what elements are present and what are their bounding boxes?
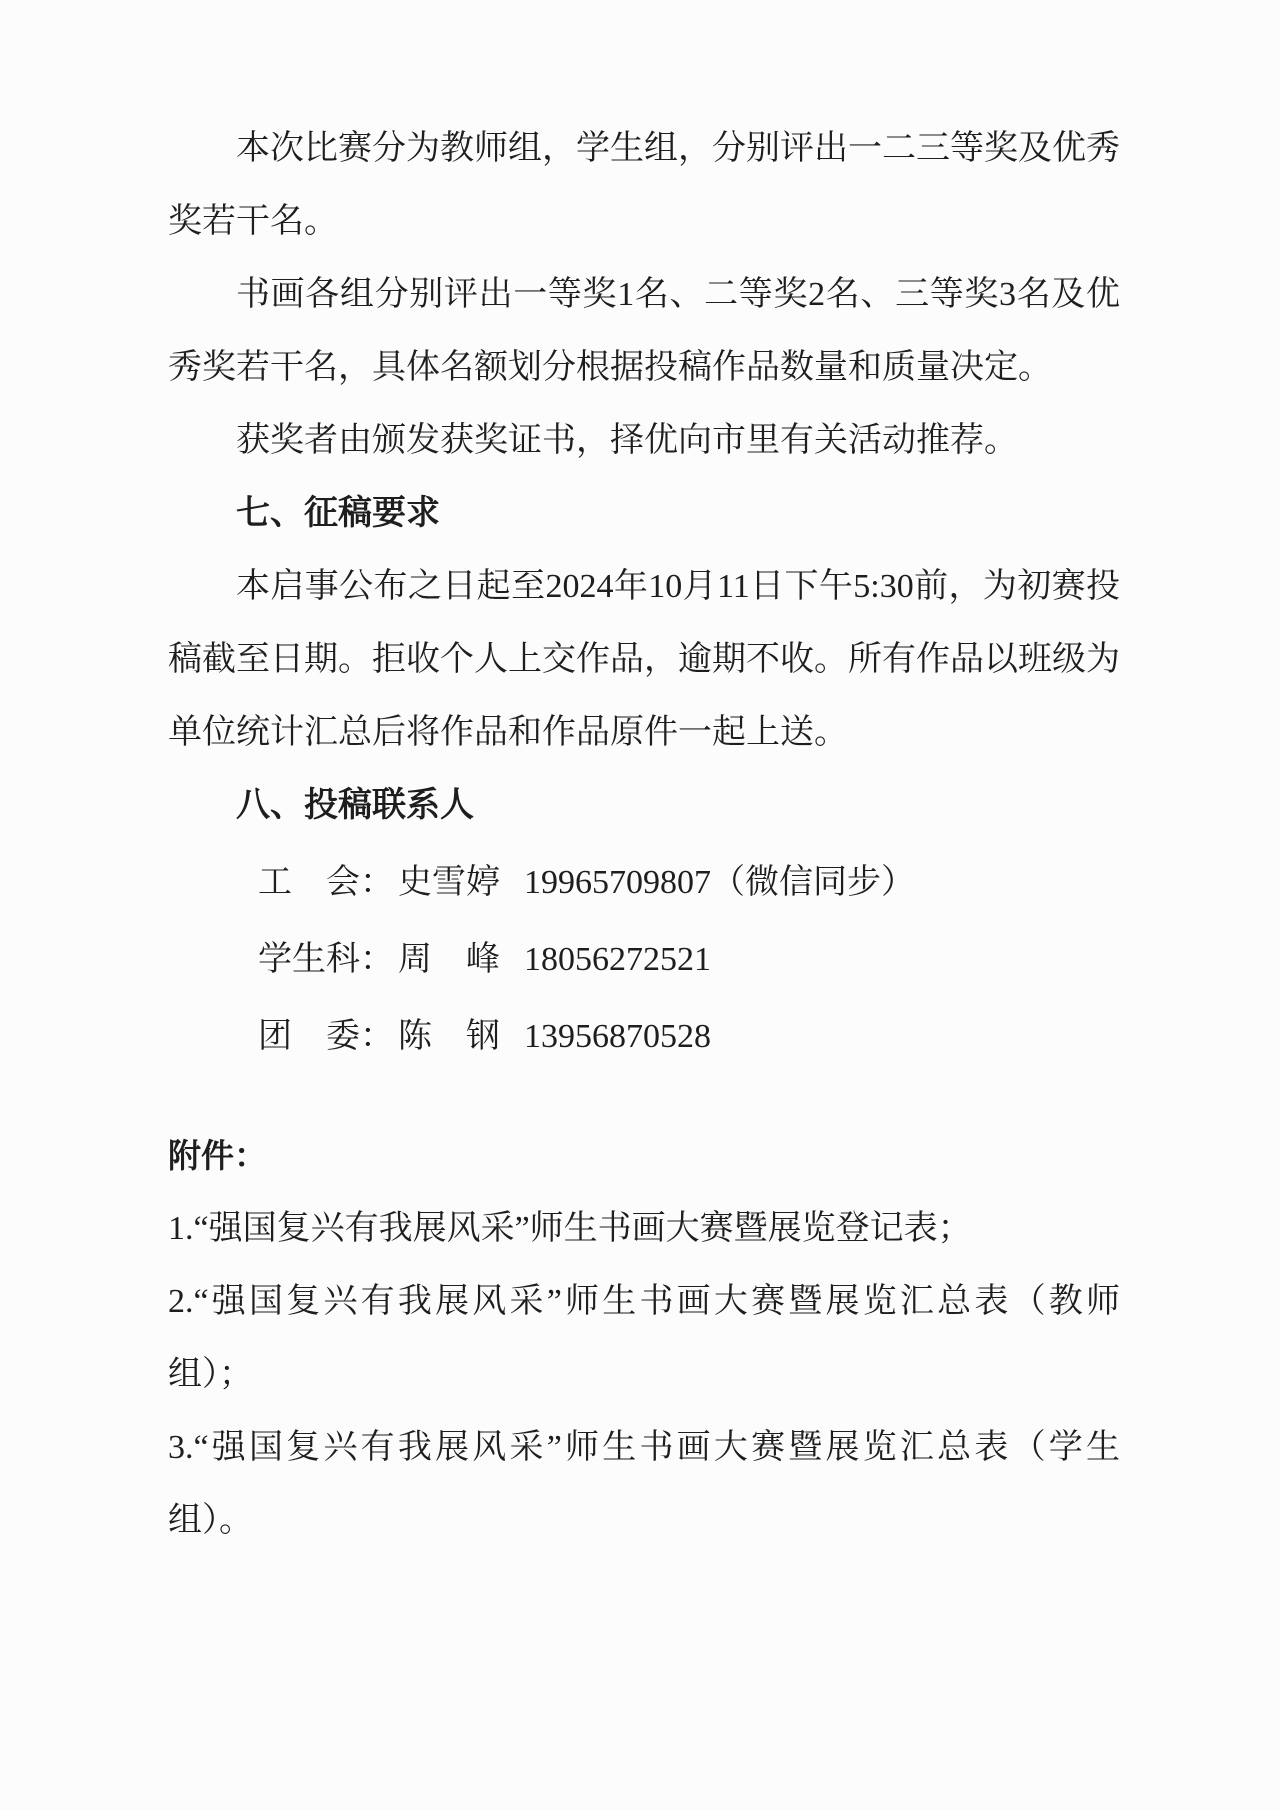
contact-name: 周 峰 [398,923,524,996]
contact-dept: 学生科： [258,923,398,996]
contact-name: 史雪婷 [398,846,524,919]
contact-note: （微信同步） [711,846,915,919]
section-heading-contacts: 八、投稿联系人 [168,769,1120,842]
paragraph-competition-groups: 本次比赛分为教师组，学生组，分别评出一二三等奖及优秀奖若干名。 [168,112,1120,258]
document-page: 本次比赛分为教师组，学生组，分别评出一二三等奖及优秀奖若干名。 书画各组分别评出… [0,0,1280,1810]
contact-phone: 19965709807 [524,846,711,919]
attachment-item-registration-form: 1.“强国复兴有我展风采”师生书画大赛暨展览登记表； [168,1192,1120,1265]
attachment-item-summary-students: 3.“强国复兴有我展风采”师生书画大赛暨展览汇总表（学生组）。 [168,1411,1120,1557]
contact-name: 陈 钢 [398,1000,524,1073]
paragraph-certificates: 获奖者由颁发获奖证书，择优向市里有关活动推荐。 [168,404,1120,477]
paragraph-award-quotas: 书画各组分别评出一等奖1名、二等奖2名、三等奖3名及优秀奖若干名，具体名额划分根… [168,258,1120,404]
contact-row-student-affairs: 学生科： 周 峰 18056272521 [168,923,1120,996]
contact-phone: 18056272521 [524,923,711,996]
document-content: 本次比赛分为教师组，学生组，分别评出一二三等奖及优秀奖若干名。 书画各组分别评出… [168,112,1120,1557]
contact-dept: 团 委： [258,1000,398,1073]
attachments-section: 附件： 1.“强国复兴有我展风采”师生书画大赛暨展览登记表； 2.“强国复兴有我… [168,1119,1120,1557]
attachments-label: 附件： [168,1119,1120,1192]
contact-phone: 13956870528 [524,1000,711,1073]
contact-dept: 工 会： [258,846,398,919]
contact-row-youth-league: 团 委： 陈 钢 13956870528 [168,1000,1120,1073]
section-heading-submission-requirements: 七、征稿要求 [168,477,1120,550]
attachment-item-summary-teachers: 2.“强国复兴有我展风采”师生书画大赛暨展览汇总表（教师组）； [168,1265,1120,1411]
contact-row-union: 工 会： 史雪婷 19965709807 （微信同步） [168,846,1120,919]
paragraph-deadline: 本启事公布之日起至2024年10月11日下午5:30前，为初赛投稿截至日期。拒收… [168,550,1120,769]
